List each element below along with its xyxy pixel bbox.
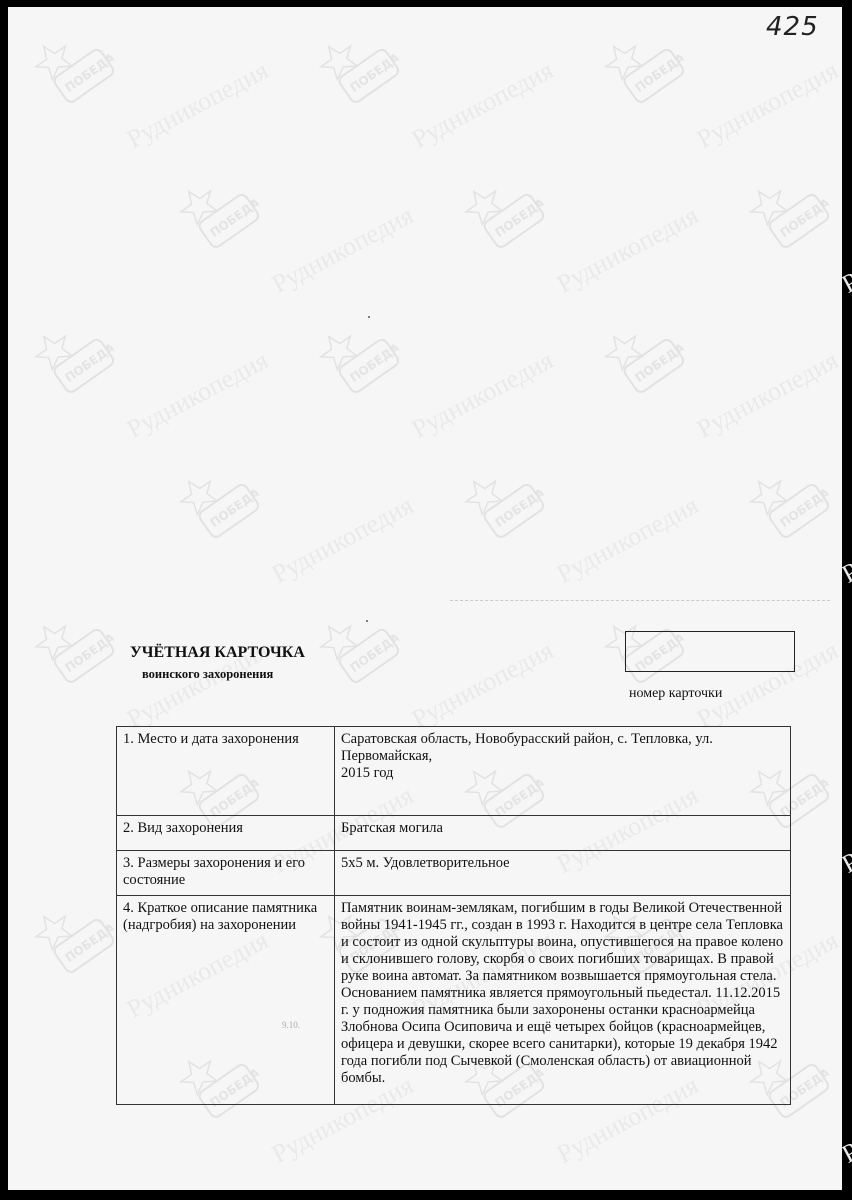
row-label: 4. Краткое описание памятника (надгробия… — [117, 896, 335, 1105]
table-row: 3. Размеры захоронения и его состояние 5… — [117, 851, 791, 896]
card-title: УЧЁТНАЯ КАРТОЧКА — [130, 644, 305, 662]
scan-border — [842, 0, 852, 1200]
scan-artifact-line — [450, 600, 830, 602]
burial-card-table: 1. Место и дата захоронения Саратовская … — [116, 726, 791, 1105]
scan-speck — [366, 620, 368, 622]
table-row: 2. Вид захоронения Братская могила — [117, 816, 791, 851]
card-number-box — [625, 631, 795, 672]
pencil-note: 9.10. — [282, 1020, 300, 1030]
row-label: 3. Размеры захоронения и его состояние — [117, 851, 335, 896]
row-value: Братская могила — [335, 816, 791, 851]
scan-speck — [368, 316, 370, 318]
value-line: 2015 год — [341, 765, 784, 782]
card-number-label: номер карточки — [629, 686, 722, 702]
card-subtitle: воинского захоронения — [142, 667, 273, 682]
row-value: 5х5 м. Удовлетворительное — [335, 851, 791, 896]
row-value: Памятник воинам-землякам, погибшим в год… — [335, 896, 791, 1105]
row-label: 2. Вид захоронения — [117, 816, 335, 851]
table-row: 1. Место и дата захоронения Саратовская … — [117, 727, 791, 816]
row-label: 1. Место и дата захоронения — [117, 727, 335, 816]
table-row: 4. Краткое описание памятника (надгробия… — [117, 896, 791, 1105]
handwritten-page-number: 425 — [766, 12, 819, 42]
value-line: Саратовская область, Новобурасский район… — [341, 731, 784, 765]
row-value: Саратовская область, Новобурасский район… — [335, 727, 791, 816]
